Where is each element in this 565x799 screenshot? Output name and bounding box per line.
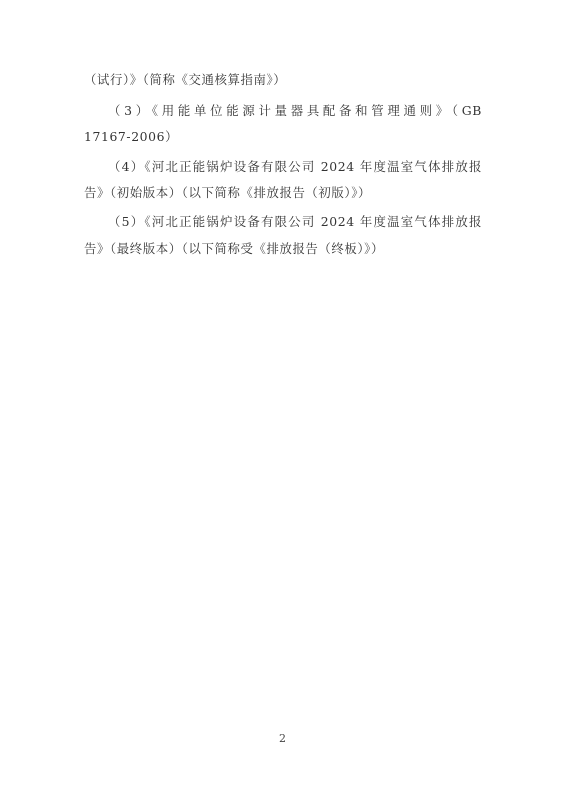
reference-item-4-continuation: 告》（初始版本）（以下简称《排放报告（初版）》） [84,185,484,201]
reference-item-3-continuation: 17167-2006） [84,129,484,145]
reference-item-4: （4）《河北正能锅炉设备有限公司 2024 年度温室气体排放报 [108,159,482,175]
reference-item-5-continuation: 告》（最终版本）（以下简称受《排放报告（终板）》） [84,241,484,257]
reference-item-3: （3）《用能单位能源计量器具配备和管理通则》（GB [108,103,482,119]
page-number: 2 [0,732,565,745]
document-page: （试行）》（简称《交通核算指南》） （3）《用能单位能源计量器具配备和管理通则》… [0,0,565,799]
reference-item-5: （5）《河北正能锅炉设备有限公司 2024 年度温室气体排放报 [108,214,482,230]
reference-line-continuation: （试行）》（简称《交通核算指南》） [84,72,484,88]
